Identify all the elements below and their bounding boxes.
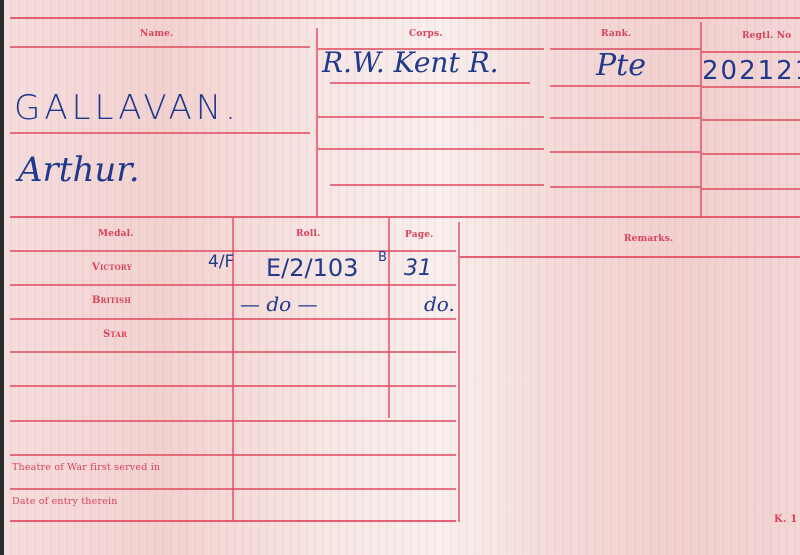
medal-header: Medal. bbox=[98, 229, 134, 239]
rank-entry: Pte bbox=[596, 48, 646, 83]
regtl-left-divider bbox=[700, 22, 702, 218]
rank-header: Rank. bbox=[601, 29, 631, 39]
surname-entry: GALLAVAN. bbox=[14, 88, 240, 128]
corps-rule-3 bbox=[318, 148, 544, 150]
victory-roll-suffix: B bbox=[378, 250, 387, 265]
page-header: Page. bbox=[405, 230, 434, 240]
rank-rule-4 bbox=[550, 186, 700, 188]
medal-british-label: British bbox=[92, 295, 131, 306]
medal-index-card: Name. Corps. Rank. Regtl. No GALLAVAN. A… bbox=[4, 0, 800, 555]
corps-entry: R.W. Kent R. bbox=[322, 46, 499, 79]
regtl-rule-3 bbox=[702, 153, 800, 155]
roll-header: Roll. bbox=[296, 229, 320, 239]
corps-left-divider bbox=[316, 28, 318, 218]
remarks-header-rule bbox=[460, 256, 800, 258]
top-rule bbox=[10, 17, 800, 19]
theatre-label: Theatre of War first served in bbox=[12, 462, 160, 473]
victory-page-entry: 31 bbox=[404, 256, 432, 281]
remarks-header: Remarks. bbox=[624, 234, 673, 244]
regtl-header-rule bbox=[702, 51, 800, 53]
bottom-rule bbox=[10, 520, 456, 522]
rank-rule-2 bbox=[550, 117, 700, 119]
name-header: Name. bbox=[140, 29, 173, 39]
victory-roll-entry: E/2/103 bbox=[266, 254, 358, 282]
corps-header: Corps. bbox=[409, 29, 443, 39]
regtl-entry: 202121 bbox=[702, 56, 800, 86]
british-page-entry: do. bbox=[424, 292, 455, 316]
roll-prefix: 4/F bbox=[208, 252, 234, 272]
corps-rule-1 bbox=[330, 82, 530, 84]
regtl-rule-2 bbox=[702, 119, 800, 121]
forename-entry: Arthur. bbox=[18, 150, 140, 190]
regtl-rule-1 bbox=[702, 86, 800, 88]
date-entry-label: Date of entry therein bbox=[12, 496, 118, 507]
middle-rule bbox=[10, 216, 800, 218]
regtl-header: Regtl. No bbox=[742, 31, 791, 41]
form-code: K. 1 bbox=[774, 514, 797, 525]
surname-rule bbox=[10, 132, 310, 134]
rank-rule-3 bbox=[550, 151, 700, 153]
british-roll-entry: — do — bbox=[240, 292, 318, 316]
medal-victory-label: Victory bbox=[92, 262, 132, 273]
name-header-rule bbox=[10, 46, 310, 48]
rank-rule-1 bbox=[550, 85, 700, 87]
medal-star-label: Star bbox=[103, 329, 127, 340]
page-left-divider bbox=[388, 218, 390, 418]
corps-rule-2 bbox=[318, 116, 544, 118]
regtl-rule-4 bbox=[702, 188, 800, 190]
remarks-left-divider bbox=[458, 222, 460, 522]
corps-rule-4 bbox=[330, 184, 544, 186]
